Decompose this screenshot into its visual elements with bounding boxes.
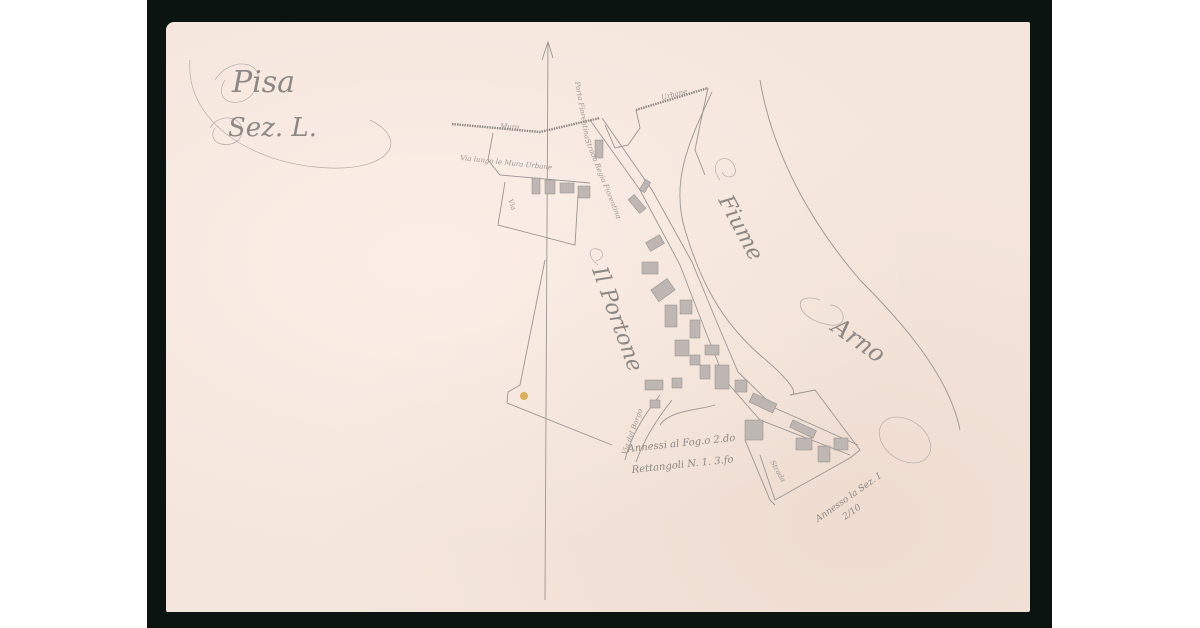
district-label: Il Portone	[586, 249, 647, 375]
svg-text:Il Portone: Il Portone	[586, 263, 647, 376]
label-strada-lower: Strada	[768, 459, 787, 484]
side-lane	[660, 405, 715, 425]
river-right-bank	[760, 80, 960, 430]
title-pisa: Pisa	[231, 65, 295, 100]
label-via-left: Via	[506, 198, 517, 211]
bastion-outline	[605, 110, 640, 148]
north-arrow-icon	[542, 42, 553, 600]
svg-text:Arno: Arno	[825, 311, 891, 369]
svg-text:Fiume: Fiume	[712, 190, 768, 265]
annotation-note-1: Annessi al Fog.o 2.do	[626, 433, 736, 455]
label-via-lungo: Via lungo le Mura Urbane	[460, 154, 553, 172]
building-blocks	[532, 140, 848, 462]
label-mura: Mura	[499, 122, 520, 132]
label-urbane: Urbane	[660, 87, 688, 102]
annotation-note-2: Rettangoli N. 1. 3.fo	[630, 454, 734, 476]
title-section: Sez. L.	[228, 113, 317, 143]
main-road-west-edge	[590, 120, 850, 455]
wall-return	[695, 88, 708, 175]
city-wall-mura	[452, 118, 600, 132]
lower-lane	[745, 440, 775, 505]
title-cartouche: Pisa Sez. L.	[190, 60, 391, 168]
paper-stain	[520, 392, 528, 400]
label-porta: Porta Fiorentina	[573, 80, 591, 140]
river-label-fiume: Fiume	[712, 159, 768, 265]
historical-map: Pisa Sez. L.	[0, 0, 1200, 628]
